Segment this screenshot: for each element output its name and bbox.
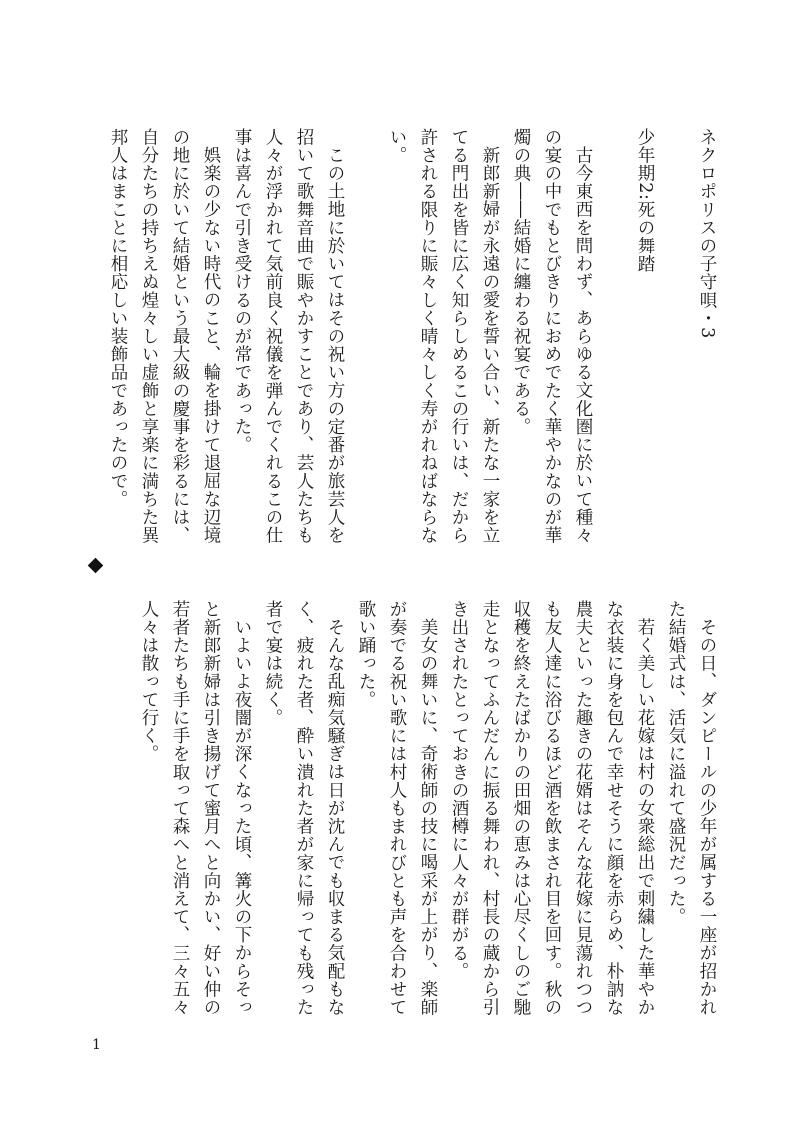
paragraph-line: 農夫といった趣きの花婿はそんな花嫁に見蕩れつつ bbox=[567, 600, 598, 1020]
paragraph-line: 娯楽の少ない時代のこと、輪を掛けて退屈な辺境 bbox=[195, 128, 226, 548]
paragraph-line: てる門出を皆に広く知らしめるこの行いは、だから bbox=[443, 128, 474, 548]
title-spacer bbox=[660, 128, 691, 548]
paragraph-line: き出されたとっておきの酒樽に人々が群がる。 bbox=[443, 600, 474, 1020]
paragraph-line: 招いて歌舞音曲で賑やかすことであり、芸人たちも bbox=[288, 128, 319, 548]
paragraph-line: 自分たちの持ちえぬ煌々しい虚飾と享楽に満ちた異 bbox=[133, 128, 164, 548]
paragraph-line: 新郎新婦が永遠の愛を誓い合い、新たな一家を立 bbox=[474, 128, 505, 548]
paragraph-line: 収穫を終えたばかりの田畑の恵みは心尽くしのご馳 bbox=[505, 600, 536, 1020]
page-number: 1 bbox=[92, 1037, 101, 1053]
paragraph-line: 走となってふんだんに振る舞われ、村長の蔵から引 bbox=[474, 600, 505, 1020]
chapter-spacer bbox=[598, 128, 629, 548]
paragraph-line: な衣装に身を包んで幸せそうに顔を赤らめ、朴訥な bbox=[598, 600, 629, 1020]
paragraph-line: その日、ダンピールの少年が属する一座が招かれ bbox=[691, 600, 722, 1020]
paragraph-line: 美女の舞いに、奇術師の技に喝采が上がり、楽師 bbox=[412, 600, 443, 1020]
paragraph-line: 若者たちも手に手を取って森へと消えて、三々五々 bbox=[164, 600, 195, 1020]
paragraph-line: 燭の典――結婚に纏わる祝宴である。 bbox=[505, 128, 536, 548]
series-title: ネクロポリスの子守唄・3 bbox=[691, 128, 722, 548]
paragraph-line: く、疲れた者、酔い潰れた者が家に帰っても残った bbox=[288, 600, 319, 1020]
paragraph-line: と新郎新婦は引き揚げて蜜月へと向かい、好い仲の bbox=[195, 600, 226, 1020]
paragraph-line: 人々が浮かれて気前良く祝儀を弾んでくれるこの仕 bbox=[257, 128, 288, 548]
paragraph-spacer bbox=[350, 128, 381, 548]
paragraph-line: この土地に於いてはその祝い方の定番が旅芸人を bbox=[319, 128, 350, 548]
paragraph-line: の地に於いて結婚という最大級の慶事を彩るには、 bbox=[164, 128, 195, 548]
paragraph-line: た結婚式は、活気に溢れて盛況だった。 bbox=[660, 600, 691, 1020]
diamond-icon bbox=[88, 558, 104, 574]
paragraph-line: 邦人はまことに相応しい装飾品であったので。 bbox=[102, 128, 133, 548]
paragraph-line: い。 bbox=[381, 128, 412, 548]
paragraph-line: の宴の中でもとびきりにおめでたく華やかなのが華 bbox=[536, 128, 567, 548]
chapter-title: 少年期2:死の舞踏 bbox=[629, 128, 660, 548]
paragraph-line: 歌い踊った。 bbox=[350, 600, 381, 1020]
paragraph-line: いよいよ夜闇が深くなった頃、篝火の下からそっ bbox=[226, 600, 257, 1020]
top-text-block: ネクロポリスの子守唄・3 少年期2:死の舞踏 古今東西を問わず、あらゆる文化圏に… bbox=[102, 128, 722, 548]
paragraph-line: 事は喜んで引き受けるのが常であった。 bbox=[226, 128, 257, 548]
paragraph-line: 許される限りに賑々しく晴々しく寿がれねばならな bbox=[412, 128, 443, 548]
paragraph-line: そんな乱痴気騒ぎは日が沈んでも収まる気配もな bbox=[319, 600, 350, 1020]
paragraph-line: 人々は散って行く。 bbox=[133, 600, 164, 1020]
paragraph-line: 若く美しい花嫁は村の女衆総出で刺繍した華やか bbox=[629, 600, 660, 1020]
paragraph-line: 古今東西を問わず、あらゆる文化圏に於いて種々 bbox=[567, 128, 598, 548]
paragraph-line: も友人達に浴びるほど酒を飲まされ目を回す。秋の bbox=[536, 600, 567, 1020]
bottom-text-block: その日、ダンピールの少年が属する一座が招かれ た結婚式は、活気に溢れて盛況だった… bbox=[133, 600, 722, 1020]
paragraph-line: 者で宴は続く。 bbox=[257, 600, 288, 1020]
paragraph-line: が奏でる祝い歌には村人もまれびとも声を合わせて bbox=[381, 600, 412, 1020]
